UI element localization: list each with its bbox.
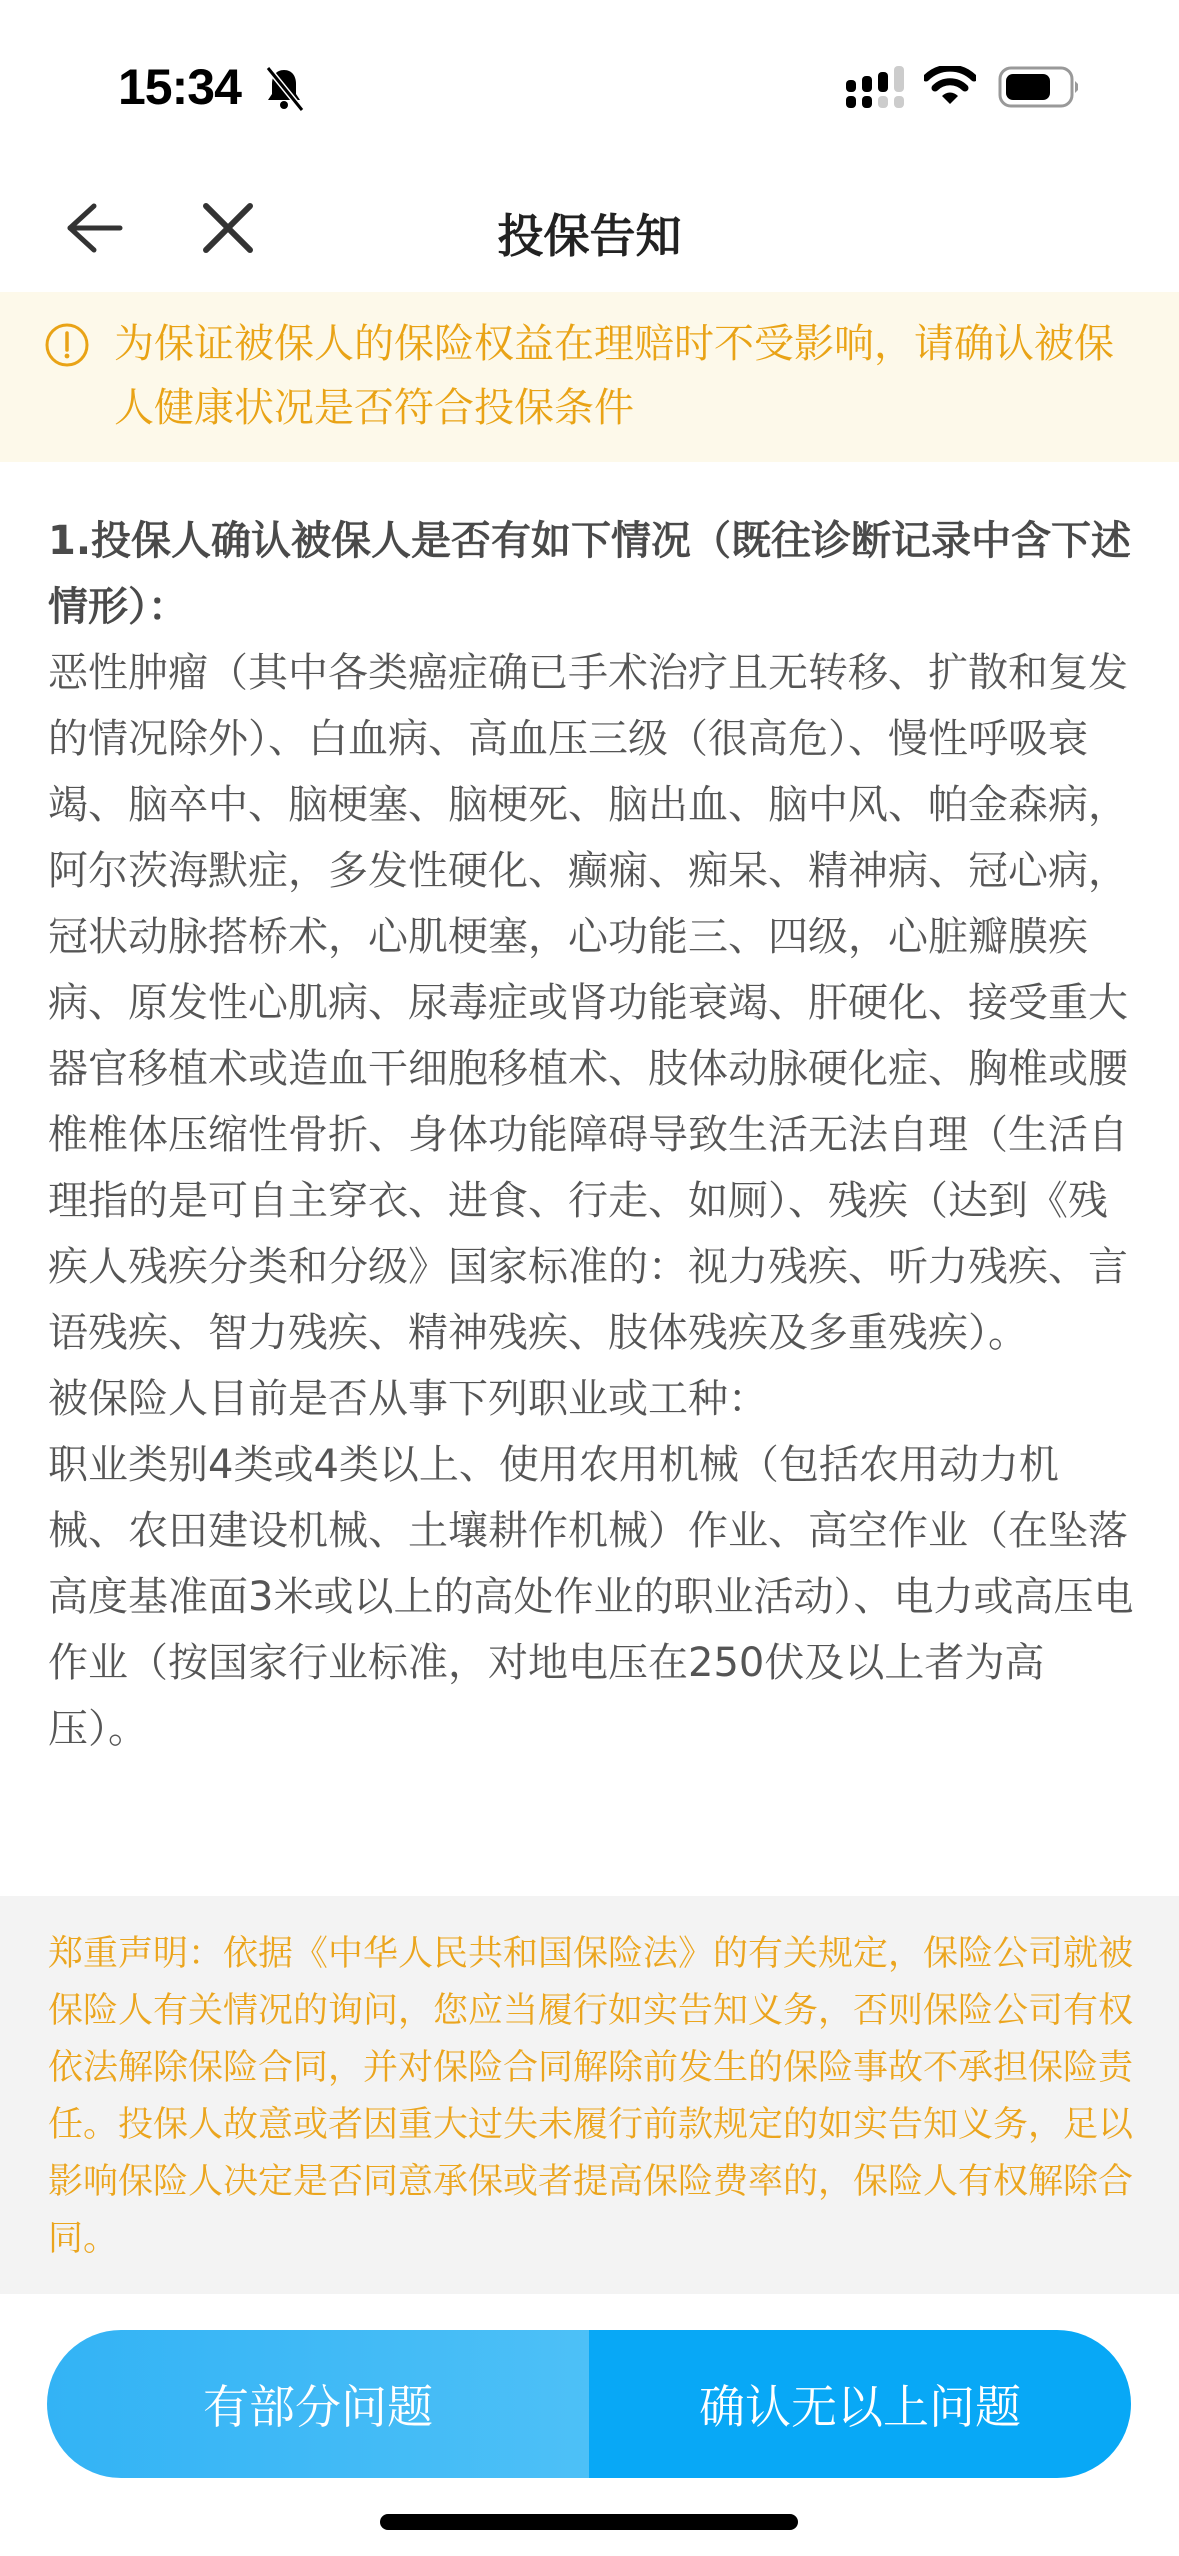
wifi-icon [924, 66, 976, 106]
notice-banner: 为保证被保人的保险权益在理赔时不受影响，请确认被保人健康状况是否符合投保条件 [0, 292, 1179, 462]
question-heading: 1.投保人确认被保人是否有如下情况（既往诊断记录中含下述情形）： [48, 508, 1138, 640]
status-bar: 15:34 [0, 0, 1179, 160]
occupation-question: 被保险人目前是否从事下列职业或工种： [48, 1366, 1138, 1432]
nav-bar: 投保告知 [0, 170, 1179, 290]
partial-issue-button[interactable]: 有部分问题 [47, 2330, 589, 2478]
health-conditions-text: 恶性肿瘤（其中各类癌症确已手术治疗且无转移、扩散和复发的情况除外）、白血病、高血… [48, 640, 1138, 1366]
page-title: 投保告知 [0, 200, 1179, 266]
exclamation-circle-icon [44, 322, 90, 368]
occupation-list-text: 职业类别4类或4类以上、使用农用机械（包括农用动力机械、农田建设机械、土壤耕作机… [48, 1432, 1138, 1762]
notice-text: 为保证被保人的保险权益在理赔时不受影响，请确认被保人健康状况是否符合投保条件 [114, 312, 1139, 440]
action-button-group: 有部分问题 确认无以上问题 [47, 2330, 1131, 2478]
confirm-no-issue-button[interactable]: 确认无以上问题 [589, 2330, 1131, 2478]
bell-slash-icon [262, 64, 306, 112]
cellular-signal-icon [842, 66, 924, 110]
status-time: 15:34 [118, 58, 241, 116]
legal-disclaimer: 郑重声明：依据《中华人民共和国保险法》的有关规定，保险公司就被保险人有关情况的询… [0, 1896, 1179, 2294]
disclaimer-text: 郑重声明：依据《中华人民共和国保险法》的有关规定，保险公司就被保险人有关情况的询… [48, 1926, 1138, 2268]
battery-icon [998, 66, 1080, 108]
home-indicator[interactable] [380, 2514, 798, 2530]
disclosure-content: 1.投保人确认被保人是否有如下情况（既往诊断记录中含下述情形）： 恶性肿瘤（其中… [48, 508, 1138, 1762]
